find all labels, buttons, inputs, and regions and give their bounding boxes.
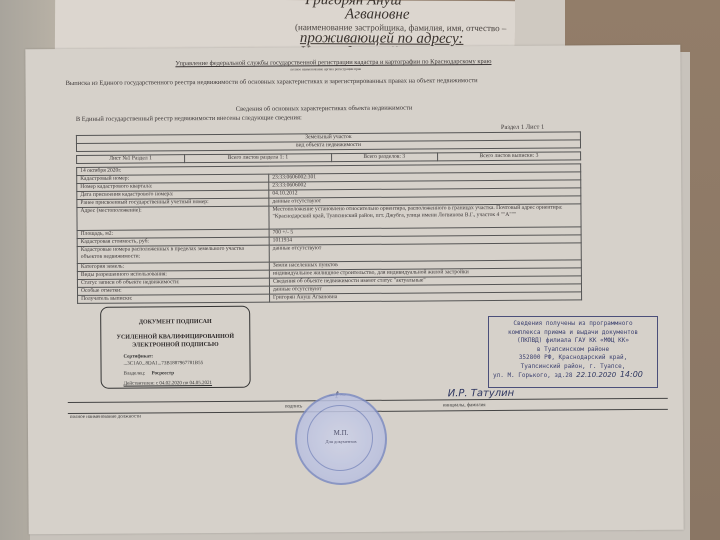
stamp-line-3: (ПКПВД) филиала ГАУ КК «МФЦ КК» (489, 337, 657, 346)
agency-name: Управление федеральной службы государств… (175, 58, 491, 67)
stamp-line-5: 352800 РФ, Краснодарский край, (489, 354, 657, 363)
stamp-line-1: Сведения получены из программного (489, 320, 657, 329)
sheet-info-2: Всего листов раздела 1: 1 (184, 154, 331, 163)
seal-inner-ring (307, 405, 373, 471)
back-line-2: Агвановне (345, 6, 410, 23)
handwritten-time: 14:00 (620, 370, 643, 379)
agency-caption: полное наименование органа регистрации п… (290, 67, 361, 71)
stamp-line-7: ул. М. Горького, зд.28 22.10.2020 14:00 (489, 371, 657, 381)
handwritten-date: 22.10.2020 (576, 371, 616, 379)
signature-title-2: УСИЛЕННОЙ КВАЛИФИЦИРОВАННОЙ (101, 334, 249, 341)
mp-label: М.П. (297, 429, 385, 437)
stamp-line-4: в Туапсинском районе (489, 346, 657, 355)
signature-title-1: ДОКУМЕНТ ПОДПИСАН (101, 319, 249, 326)
intro-text: В Единый государственный реестр недвижим… (76, 114, 302, 123)
signature-title-3: ЭЛЕКТРОННОЙ ПОДПИСЬЮ (101, 342, 249, 349)
section-title: Сведения об основных характеристиках объ… (236, 105, 413, 113)
stamp-line-2: комплекса приема и выдачи документов (489, 329, 657, 338)
cert-label: Сертификат: (123, 354, 153, 359)
seal-text: Для документов (297, 439, 385, 444)
signature-caption: подпись (285, 404, 302, 409)
handwritten-initials: И.Р. Татулин (448, 388, 515, 399)
cert-value: ...3C1A0...8DA1...73B1887967781B55 (123, 361, 203, 367)
document-title: Выписка из Единого государственного реес… (66, 77, 478, 87)
initials-caption: инициалы, фамилия (443, 403, 486, 408)
electronic-signature-block: ДОКУМЕНТ ПОДПИСАН УСИЛЕННОЙ КВАЛИФИЦИРОВ… (100, 306, 251, 389)
receipt-stamp: Сведения получены из программного компле… (488, 316, 658, 388)
owner-label: Владелец: (124, 371, 146, 376)
sheet-info-table: Лист №1 Раздел 1 Всего листов раздела 1:… (76, 151, 581, 164)
properties-table: 14 октября 2020г. Кадастровый номер:23:3… (76, 163, 582, 304)
valid-period: Действителен: с 04.02.2020 по 04.05.2021 (124, 381, 212, 387)
sheet-info-4: Всего листов выписки: 3 (437, 152, 580, 161)
sheet-info-1: Лист №1 Раздел 1 (77, 155, 185, 164)
object-type-table: Земельный участок вид объекта недвижимос… (76, 131, 581, 152)
owner-value: Росреестр (152, 371, 174, 376)
section-sheet: Раздел 1 Лист 1 (501, 124, 544, 131)
sheet-info-3: Всего разделов: 3 (331, 153, 437, 162)
position-caption: полное наименование должности (70, 414, 141, 419)
official-seal: М.П. Для документов (295, 393, 387, 485)
